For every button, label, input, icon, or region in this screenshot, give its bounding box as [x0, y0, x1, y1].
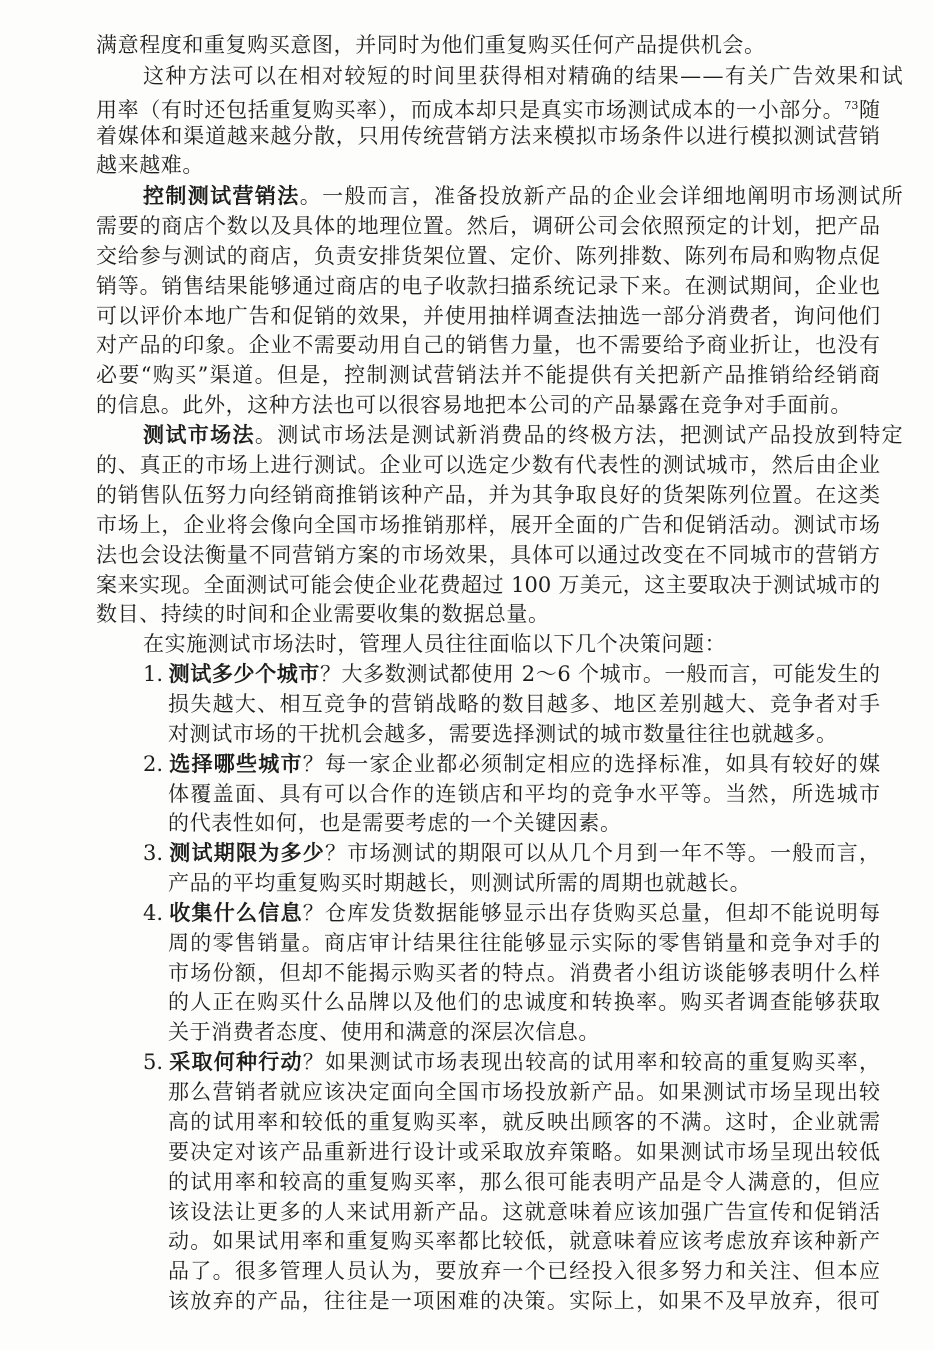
- paragraph-line: 测试市场法。测试市场法是测试新消费品的终极方法，把测试产品投放到特定: [96, 420, 880, 450]
- list-heading: 采取何种行动: [168, 1050, 303, 1074]
- paragraph-line: 着媒体和渠道越来越分散，只用传统营销方法来模拟市场条件以进行模拟测试营销: [96, 121, 880, 151]
- text: 的代表性如何，也是需要考虑的一个关键因素。: [168, 811, 622, 835]
- list-heading: 选择哪些城市: [168, 752, 303, 776]
- section-heading: 测试市场法: [143, 423, 255, 447]
- paragraph-line: 交给参与测试的商店，负责安排货架位置、定价、陈列排数、陈列布局和购物点促: [96, 241, 880, 271]
- paragraph-line: 市场上，企业将会像向全国市场推销那样，展开全面的广告和促销活动。测试市场: [96, 510, 880, 540]
- list-number: 1.: [143, 659, 168, 689]
- text: ？每一家企业都必须制定相应的选择标准，如具有较好的媒: [303, 752, 880, 776]
- paragraph-line: 在实施测试市场法时，管理人员往往面临以下几个决策问题：: [96, 629, 880, 659]
- paragraph-line: 的销售队伍努力向经销商推销该种产品，并为其争取良好的货架陈列位置。在这类: [96, 480, 880, 510]
- list-heading: 收集什么信息: [168, 901, 303, 925]
- list-item: 2.选择哪些城市？每一家企业都必须制定相应的选择标准，如具有较好的媒: [143, 749, 880, 779]
- paragraph-line: 越来越难。: [96, 150, 880, 180]
- text: 对测试市场的干扰机会越多，需要选择测试的城市数量往往也就越多。: [168, 722, 838, 746]
- list-item: 1.测试多少个城市？大多数测试都使用 2～6 个城市。一般而言，可能发生的: [143, 659, 880, 689]
- text: 销等。销售结果能够通过商店的电子收款扫描系统记录下来。在测试期间，企业也: [96, 274, 880, 298]
- text: 该放弃的产品，往往是一项困难的决策。实际上，如果不及早放弃，很可: [168, 1289, 880, 1313]
- list-number: 5.: [143, 1047, 168, 1077]
- text: 市场份额，但却不能揭示购买者的特点。消费者小组访谈能够表明什么样: [168, 961, 880, 985]
- text: 要决定对该产品重新进行设计或采取放弃策略。如果测试市场呈现出较低: [168, 1140, 880, 1164]
- text: ？市场测试的期限可以从几个月到一年不等。一般而言，: [325, 841, 880, 865]
- text: 着媒体和渠道越来越分散，只用传统营销方法来模拟市场条件以进行模拟测试营销: [96, 124, 880, 148]
- paragraph-line: 满意程度和重复购买意图，并同时为他们重复购买任何产品提供机会。: [96, 30, 880, 60]
- list-item-line: 的人正在购买什么品牌以及他们的忠诚度和转换率。购买者调查能够获取: [168, 987, 880, 1017]
- text: 的、真正的市场上进行测试。企业可以选定少数有代表性的测试城市，然后由企业: [96, 453, 880, 477]
- paragraph-line: 的、真正的市场上进行测试。企业可以选定少数有代表性的测试城市，然后由企业: [96, 450, 880, 480]
- paragraph-line: 可以评价本地广告和促销的效果，并使用抽样调查法抽选一部分消费者，询问他们: [96, 301, 880, 331]
- paragraph-line: 销等。销售结果能够通过商店的电子收款扫描系统记录下来。在测试期间，企业也: [96, 271, 880, 301]
- list-item-line: 那么营销者就应该决定面向全国市场投放新产品。如果测试市场呈现出较: [168, 1077, 880, 1107]
- list-item: 4.收集什么信息？仓库发货数据能够显示出存货购买总量，但却不能说明每: [143, 898, 880, 928]
- paragraph-line: 法也会设法衡量不同营销方案的市场效果，具体可以通过改变在不同城市的营销方: [96, 540, 880, 570]
- text: 。一般而言，准备投放新产品的企业会详细地阐明市场测试所: [300, 184, 904, 208]
- text: 对产品的印象。企业不需要动用自己的销售力量，也不需要给予商业折让，也没有: [96, 333, 880, 357]
- paragraph-line: 这种方法可以在相对较短的时间里获得相对精确的结果——有关广告效果和试: [96, 61, 880, 91]
- text: 这种方法可以在相对较短的时间里获得相对精确的结果——有关广告效果和试: [143, 64, 904, 88]
- list-heading: 测试多少个城市: [168, 662, 320, 686]
- text: 的人正在购买什么品牌以及他们的忠诚度和转换率。购买者调查能够获取: [168, 990, 880, 1014]
- text: 周的零售销量。商店审计结果往往能够显示实际的零售销量和竞争对手的: [168, 931, 880, 955]
- list-item: 3.测试期限为多少？市场测试的期限可以从几个月到一年不等。一般而言，: [143, 838, 880, 868]
- list-item-line: 的试用率和较高的重复购买率，那么很可能表明产品是令人满意的，但应: [168, 1167, 880, 1197]
- text: 动。如果试用率和重复购买率都比较低，就意味着应该考虑放弃该种新产: [168, 1229, 880, 1253]
- text: 满意程度和重复购买意图，并同时为他们重复购买任何产品提供机会。: [96, 33, 766, 57]
- text: 交给参与测试的商店，负责安排货架位置、定价、陈列排数、陈列布局和购物点促: [96, 244, 880, 268]
- list-item-line: 品了。很多管理人员认为，要放弃一个已经投入很多努力和关注、但本应: [168, 1256, 880, 1286]
- text: 的信息。此外，这种方法也可以很容易地把本公司的产品暴露在竞争对手面前。: [96, 393, 852, 417]
- section-heading: 控制测试营销法: [143, 184, 300, 208]
- paragraph-line: 控制测试营销法。一般而言，准备投放新产品的企业会详细地阐明市场测试所: [96, 181, 880, 211]
- list-item-line: 要决定对该产品重新进行设计或采取放弃策略。如果测试市场呈现出较低: [168, 1137, 880, 1167]
- list-item-line: 该放弃的产品，往往是一项困难的决策。实际上，如果不及早放弃，很可: [168, 1286, 880, 1316]
- list-item-line: 动。如果试用率和重复购买率都比较低，就意味着应该考虑放弃该种新产: [168, 1226, 880, 1256]
- list-item-line: 的代表性如何，也是需要考虑的一个关键因素。: [168, 808, 880, 838]
- list-item-line: 对测试市场的干扰机会越多，需要选择测试的城市数量往往也就越多。: [168, 719, 880, 749]
- list-item-line: 高的试用率和较低的重复购买率，就反映出顾客的不满。这时，企业就需: [168, 1107, 880, 1137]
- text: 该设法让更多的人来试用新产品。这就意味着应该加强广告宣传和促销活: [168, 1200, 880, 1224]
- list-item: 5.采取何种行动？如果测试市场表现出较高的试用率和较高的重复购买率，: [143, 1047, 880, 1077]
- text: 越来越难。: [96, 153, 204, 177]
- paragraph-line: 用率（有时还包括重复购买率），而成本却只是真实市场测试成本的一小部分。73随: [96, 91, 880, 121]
- list-item-line: 产品的平均重复购买时期越长，则测试所需的周期也就越长。: [168, 868, 880, 898]
- list-item-line: 周的零售销量。商店审计结果往往能够显示实际的零售销量和竞争对手的: [168, 928, 880, 958]
- text: 关于消费者态度、使用和满意的深层次信息。: [168, 1020, 600, 1044]
- paragraph-line: 案来实现。全面测试可能会使企业花费超过 100 万美元，这主要取决于测试城市的: [96, 570, 880, 600]
- text: 品了。很多管理人员认为，要放弃一个已经投入很多努力和关注、但本应: [168, 1259, 880, 1283]
- text: 法也会设法衡量不同营销方案的市场效果，具体可以通过改变在不同城市的营销方: [96, 543, 880, 567]
- paragraph-line: 对产品的印象。企业不需要动用自己的销售力量，也不需要给予商业折让，也没有: [96, 330, 880, 360]
- paragraph-line: 需要的商店个数以及具体的地理位置。然后，调研公司会依照预定的计划，把产品: [96, 211, 880, 241]
- text: 高的试用率和较低的重复购买率，就反映出顾客的不满。这时，企业就需: [168, 1110, 880, 1134]
- text: 损失越大、相互竞争的营销战略的数目越多、地区差别越大、竞争者对手: [168, 692, 880, 716]
- list-item-line: 关于消费者态度、使用和满意的深层次信息。: [168, 1017, 880, 1047]
- text: ？如果测试市场表现出较高的试用率和较高的重复购买率，: [303, 1050, 880, 1074]
- list-number: 4.: [143, 898, 168, 928]
- text: 的销售队伍努力向经销商推销该种产品，并为其争取良好的货架陈列位置。在这类: [96, 483, 880, 507]
- footnote-ref: 73: [844, 99, 858, 112]
- text: 那么营销者就应该决定面向全国市场投放新产品。如果测试市场呈现出较: [168, 1080, 880, 1104]
- text: 案来实现。全面测试可能会使企业花费超过 100 万美元，这主要取决于测试城市的: [96, 573, 880, 597]
- text: 数目、持续的时间和企业需要收集的数据总量。: [96, 602, 550, 626]
- text: 可以评价本地广告和促销的效果，并使用抽样调查法抽选一部分消费者，询问他们: [96, 304, 880, 328]
- list-heading: 测试期限为多少: [168, 841, 325, 865]
- text: 市场上，企业将会像向全国市场推销那样，展开全面的广告和促销活动。测试市场: [96, 513, 880, 537]
- text: 用率（有时还包括重复购买率），而成本却只是真实市场测试成本的一小部分。: [96, 98, 844, 122]
- text: 需要的商店个数以及具体的地理位置。然后，调研公司会依照预定的计划，把产品: [96, 214, 880, 238]
- list-item-line: 该设法让更多的人来试用新产品。这就意味着应该加强广告宣传和促销活: [168, 1197, 880, 1227]
- paragraph-line: 数目、持续的时间和企业需要收集的数据总量。: [96, 599, 880, 629]
- text: 。测试市场法是测试新消费品的终极方法，把测试产品投放到特定: [255, 423, 904, 447]
- list-number: 2.: [143, 749, 168, 779]
- list-number: 3.: [143, 838, 168, 868]
- text: 在实施测试市场法时，管理人员往往面临以下几个决策问题：: [143, 632, 726, 656]
- document-page: 满意程度和重复购买意图，并同时为他们重复购买任何产品提供机会。 这种方法可以在相…: [0, 0, 934, 1350]
- text: 产品的平均重复购买时期越长，则测试所需的周期也就越长。: [168, 871, 751, 895]
- text: ？仓库发货数据能够显示出存货购买总量，但却不能说明每: [303, 901, 880, 925]
- text: 随: [858, 98, 880, 122]
- text: 体覆盖面、具有可以合作的连锁店和平均的竞争水平等。当然，所选城市: [168, 782, 880, 806]
- text: ？大多数测试都使用 2～6 个城市。一般而言，可能发生的: [320, 662, 880, 686]
- text: 的试用率和较高的重复购买率，那么很可能表明产品是令人满意的，但应: [168, 1170, 880, 1194]
- list-item-line: 体覆盖面、具有可以合作的连锁店和平均的竞争水平等。当然，所选城市: [168, 779, 880, 809]
- list-item-line: 市场份额，但却不能揭示购买者的特点。消费者小组访谈能够表明什么样: [168, 958, 880, 988]
- text: 必要“购买”渠道。但是，控制测试营销法并不能提供有关把新产品推销给经销商: [96, 363, 880, 387]
- paragraph-line: 的信息。此外，这种方法也可以很容易地把本公司的产品暴露在竞争对手面前。: [96, 390, 880, 420]
- list-item-line: 损失越大、相互竞争的营销战略的数目越多、地区差别越大、竞争者对手: [168, 689, 880, 719]
- paragraph-line: 必要“购买”渠道。但是，控制测试营销法并不能提供有关把新产品推销给经销商: [96, 360, 880, 390]
